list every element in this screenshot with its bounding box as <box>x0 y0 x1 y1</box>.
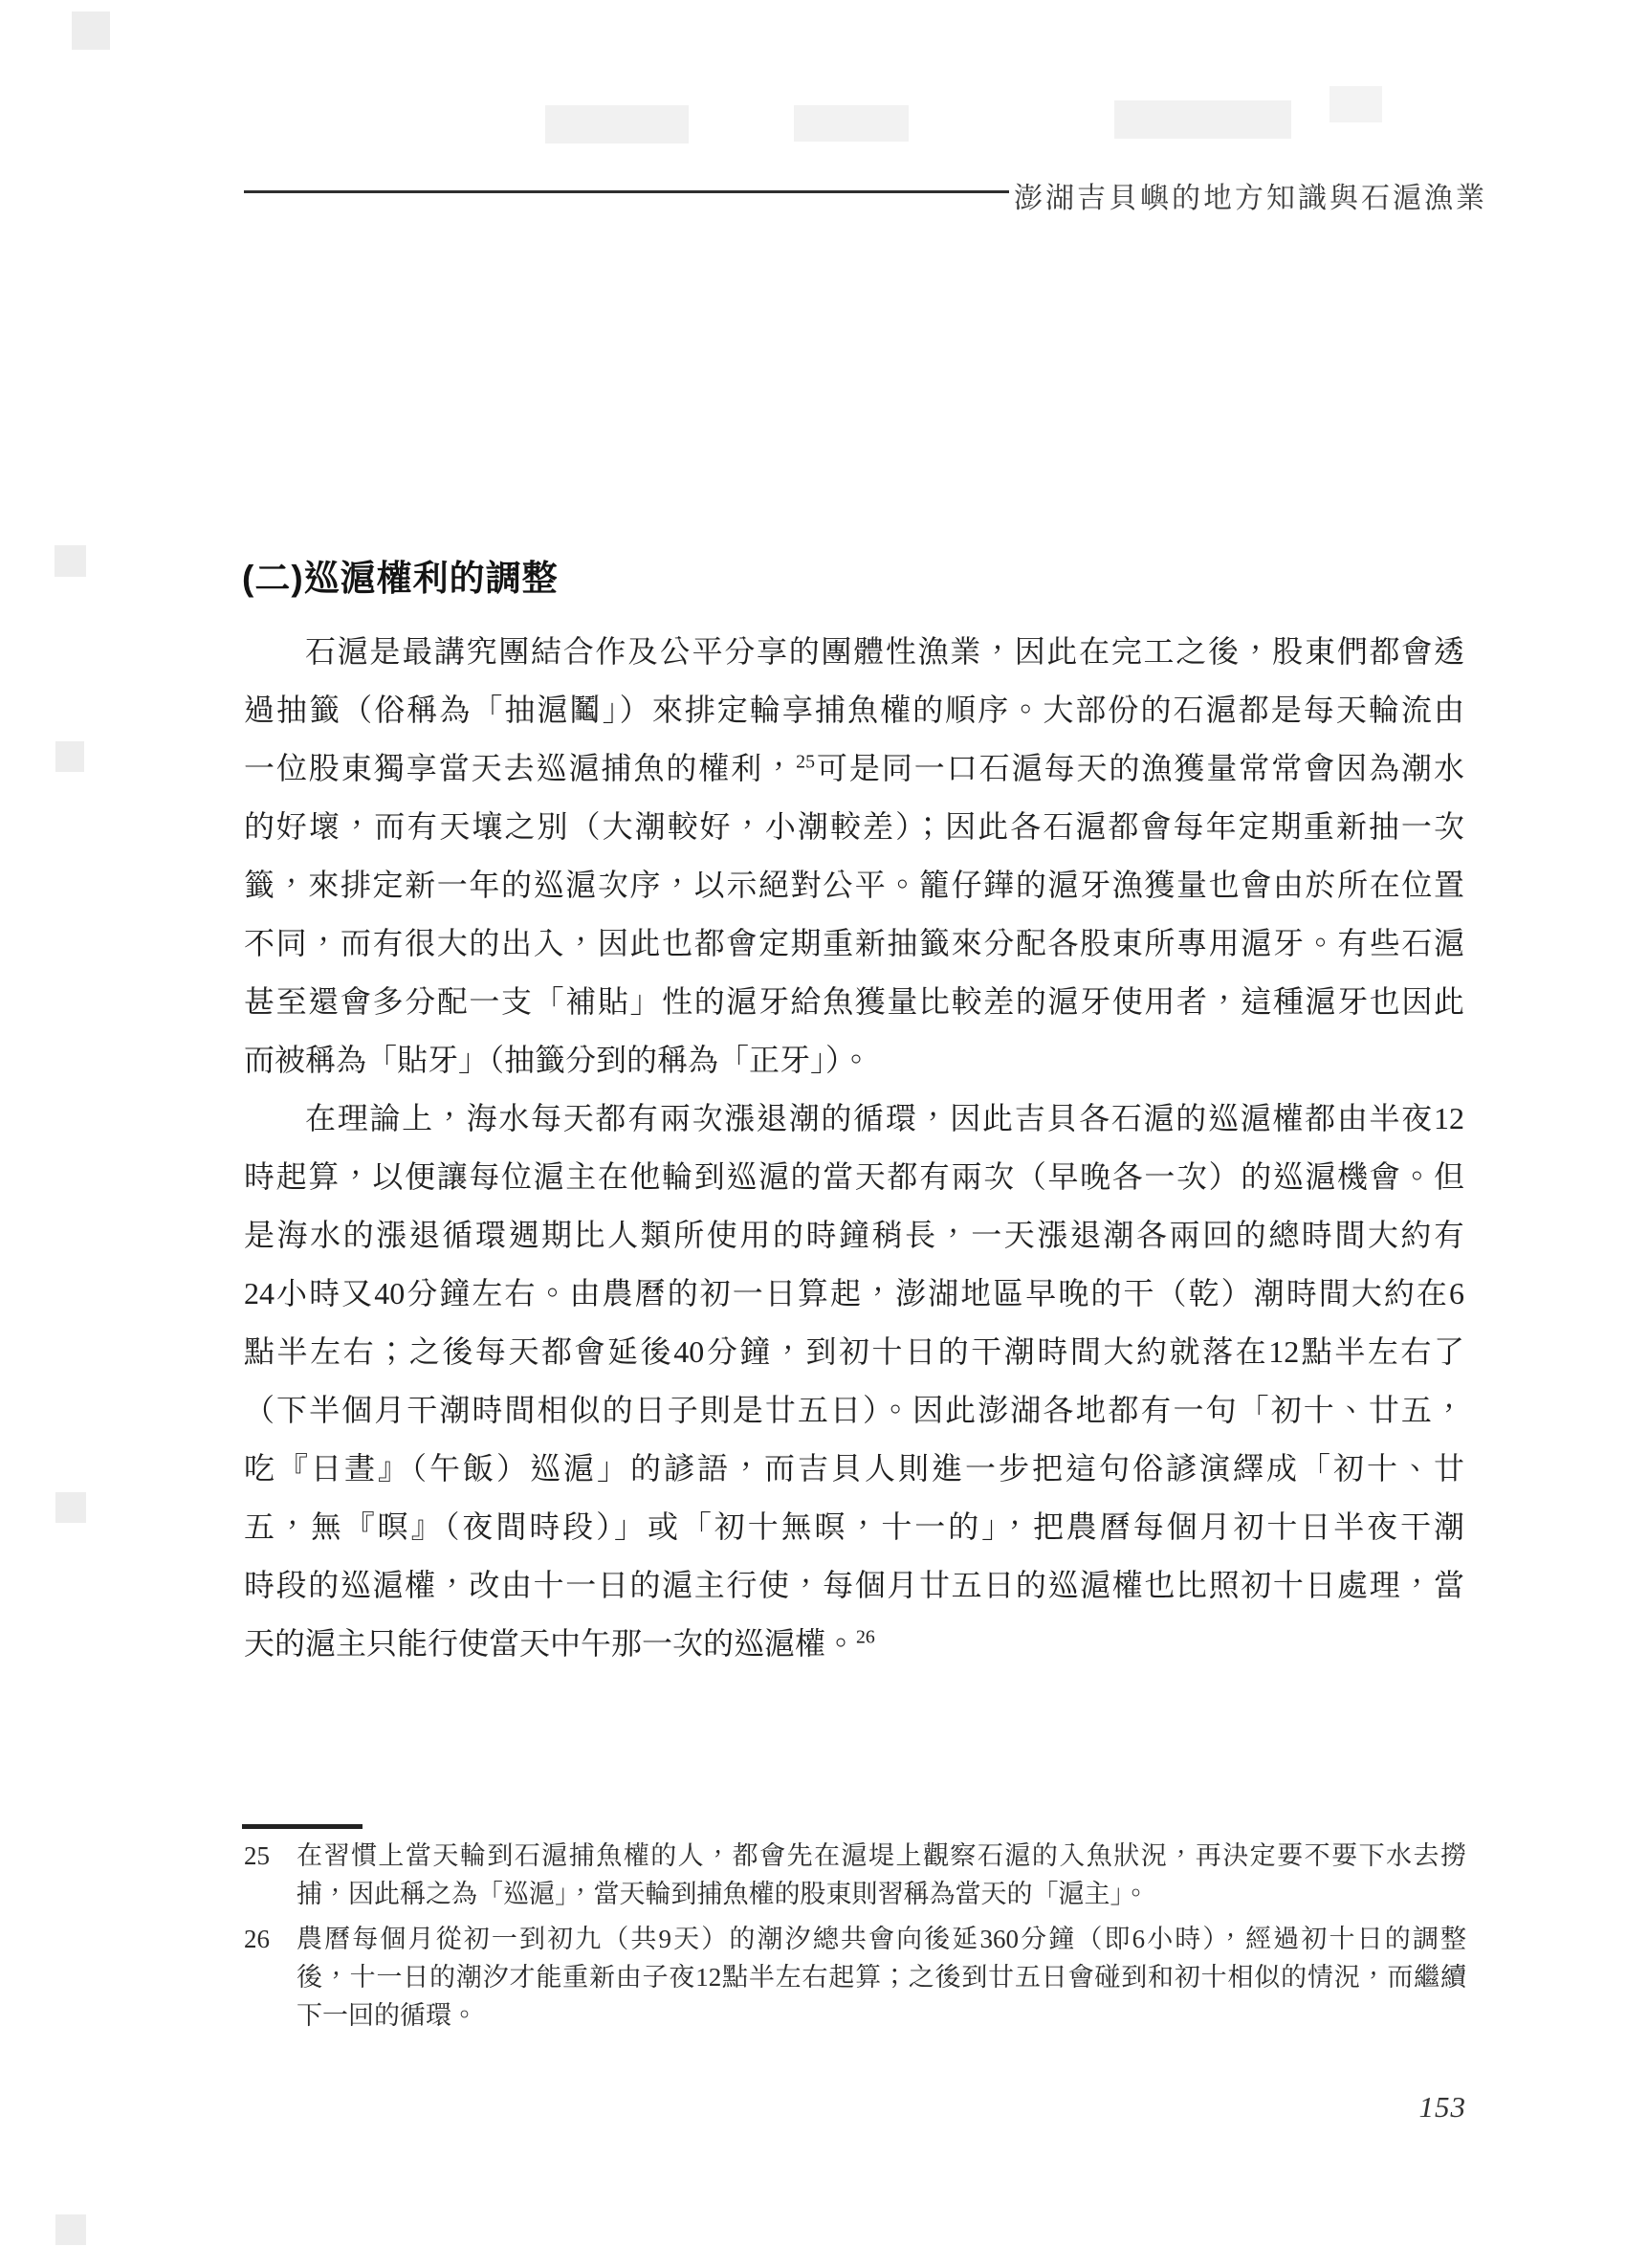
scan-artifact <box>72 11 110 50</box>
footnote-number: 25 <box>244 1837 270 1875</box>
body-line: 24小時又40分鐘左右。由農曆的初一日算起，澎湖地區早晚的干（乾）潮時間大約在6 <box>244 1265 1464 1323</box>
text-run: （下半個月干潮時間相似的日子則是廿五日）。因此澎湖各地都有一句「初十、廿五， <box>244 1393 1464 1427</box>
body-line: 不同，而有很大的出入，因此也都會定期重新抽籤來分配各股東所專用滬牙。有些石滬 <box>244 914 1464 973</box>
footnote-line: 後，十一日的潮汐才能重新由子夜12點半左右起算；之後到廿五日會碰到和初十相似的情… <box>297 1958 1466 1996</box>
page-number: 153 <box>1419 2090 1467 2125</box>
body-line: 而被稱為「貼牙」（抽籤分到的稱為「正牙」）。 <box>244 1031 1464 1090</box>
body-line: 時段的巡滬權，改由十一日的滬主行使，每個月廿五日的巡滬權也比照初十日處理，當 <box>244 1556 1464 1615</box>
running-title: 澎湖吉貝嶼的地方知識與石滬漁業 <box>1014 174 1454 216</box>
footnotes: 25在習慣上當天輪到石滬捕魚權的人，都會先在滬堤上觀察石滬的入魚狀況，再決定要不… <box>244 1837 1466 2041</box>
text-run: 不同，而有很大的出入，因此也都會定期重新抽籤來分配各股東所專用滬牙。有些石滬 <box>244 926 1464 960</box>
text-run: 24小時又40分鐘左右。由農曆的初一日算起，澎湖地區早晚的干（乾）潮時間大約在6 <box>244 1276 1464 1310</box>
footnote-25: 25在習慣上當天輪到石滬捕魚權的人，都會先在滬堤上觀察石滬的入魚狀況，再決定要不… <box>244 1837 1466 1913</box>
scan-artifact <box>1114 100 1291 139</box>
text-run: 天的滬主只能行使當天中午那一次的巡滬權。 <box>244 1626 856 1661</box>
scan-artifact <box>545 105 689 143</box>
body-line: 石滬是最講究團結合作及公平分享的團體性漁業，因此在完工之後，股東們都會透 <box>244 623 1464 681</box>
footnote-line: 捕，因此稱之為「巡滬」，當天輪到捕魚權的股東則習稱為當天的「滬主」。 <box>297 1875 1466 1913</box>
text-run: 的好壞，而有天壤之別（大潮較好，小潮較差）；因此各石滬都會每年定期重新抽一次 <box>244 809 1464 844</box>
body-text: 石滬是最講究團結合作及公平分享的團體性漁業，因此在完工之後，股東們都會透過抽籤（… <box>244 623 1464 1673</box>
text-run: 石滬是最講究團結合作及公平分享的團體性漁業，因此在完工之後，股東們都會透 <box>305 634 1464 669</box>
footnote-number: 26 <box>244 1920 270 1958</box>
text-run: 五，無『暝』（夜間時段）」或「初十無暝，十一的」，把農曆每個月初十日半夜干潮 <box>244 1509 1464 1544</box>
footnote-26: 26農曆每個月從初一到初九（共9天）的潮汐總共會向後延360分鐘（即6小時），經… <box>244 1920 1466 2035</box>
text-run: 而被稱為「貼牙」（抽籤分到的稱為「正牙」）。 <box>244 1043 871 1077</box>
text-run: 是海水的漲退循環週期比人類所使用的時鐘稍長，一天漲退潮各兩回的總時間大約有 <box>244 1218 1464 1252</box>
body-line: 一位股東獨享當天去巡滬捕魚的權利，25可是同一口石滬每天的漁獲量常常會因為潮水 <box>244 739 1464 798</box>
scan-artifact <box>1329 86 1382 122</box>
body-line: 是海水的漲退循環週期比人類所使用的時鐘稍長，一天漲退潮各兩回的總時間大約有 <box>244 1206 1464 1265</box>
body-line: （下半個月干潮時間相似的日子則是廿五日）。因此澎湖各地都有一句「初十、廿五， <box>244 1381 1464 1440</box>
body-line: 甚至還會多分配一支「補貼」性的滬牙給魚獲量比較差的滬牙使用者，這種滬牙也因此 <box>244 973 1464 1031</box>
text-run: 一位股東獨享當天去巡滬捕魚的權利， <box>244 751 796 785</box>
document-page: 澎湖吉貝嶼的地方知識與石滬漁業 (二)巡滬權利的調整 石滬是最講究團結合作及公平… <box>0 0 1626 2268</box>
footnote-line: 在習慣上當天輪到石滬捕魚權的人，都會先在滬堤上觀察石滬的入魚狀況，再決定要不要下… <box>297 1837 1466 1875</box>
footnote-ref: 25 <box>796 751 815 772</box>
body-line: 點半左右；之後每天都會延後40分鐘，到初十日的干潮時間大約就落在12點半左右了 <box>244 1323 1464 1381</box>
text-run: 甚至還會多分配一支「補貼」性的滬牙給魚獲量比較差的滬牙使用者，這種滬牙也因此 <box>244 984 1464 1019</box>
footnote-ref: 26 <box>856 1626 875 1647</box>
scan-artifact <box>55 741 84 772</box>
section-heading: (二)巡滬權利的調整 <box>242 549 559 601</box>
text-run: 時起算，以便讓每位滬主在他輪到巡滬的當天都有兩次（早晚各一次）的巡滬機會。但 <box>244 1159 1464 1194</box>
text-run: 可是同一口石滬每天的漁獲量常常會因為潮水 <box>815 751 1464 785</box>
text-run: 吃『日晝』（午飯）巡滬」的諺語，而吉貝人則進一步把這句俗諺演繹成「初十、廿 <box>244 1451 1464 1486</box>
text-run: 時段的巡滬權，改由十一日的滬主行使，每個月廿五日的巡滬權也比照初十日處理，當 <box>244 1568 1464 1602</box>
header-rule <box>244 190 1009 193</box>
footnote-separator <box>242 1824 363 1829</box>
text-run: 點半左右；之後每天都會延後40分鐘，到初十日的干潮時間大約就落在12點半左右了 <box>244 1334 1464 1369</box>
scan-artifact <box>55 2214 86 2245</box>
body-line: 天的滬主只能行使當天中午那一次的巡滬權。26 <box>244 1615 1464 1673</box>
footnote-line: 下一回的循環。 <box>297 1996 1466 2035</box>
scan-artifact <box>55 545 86 577</box>
footnote-line: 農曆每個月從初一到初九（共9天）的潮汐總共會向後延360分鐘（即6小時），經過初… <box>297 1920 1466 1958</box>
body-line: 吃『日晝』（午飯）巡滬」的諺語，而吉貝人則進一步把這句俗諺演繹成「初十、廿 <box>244 1440 1464 1498</box>
scan-artifact <box>794 105 909 142</box>
body-line: 的好壞，而有天壤之別（大潮較好，小潮較差）；因此各石滬都會每年定期重新抽一次 <box>244 798 1464 856</box>
body-line: 過抽籤（俗稱為「抽滬鬮」）來排定輪享捕魚權的順序。大部份的石滬都是每天輪流由 <box>244 681 1464 739</box>
body-line: 五，無『暝』（夜間時段）」或「初十無暝，十一的」，把農曆每個月初十日半夜干潮 <box>244 1498 1464 1556</box>
body-line: 在理論上，海水每天都有兩次漲退潮的循環，因此吉貝各石滬的巡滬權都由半夜12 <box>244 1090 1464 1148</box>
text-run: 在理論上，海水每天都有兩次漲退潮的循環，因此吉貝各石滬的巡滬權都由半夜12 <box>305 1101 1464 1135</box>
text-run: 籤，來排定新一年的巡滬次序，以示絕對公平。籠仔鏵的滬牙漁獲量也會由於所在位置 <box>244 868 1464 902</box>
body-line: 時起算，以便讓每位滬主在他輪到巡滬的當天都有兩次（早晚各一次）的巡滬機會。但 <box>244 1148 1464 1206</box>
text-run: 過抽籤（俗稱為「抽滬鬮」）來排定輪享捕魚權的順序。大部份的石滬都是每天輪流由 <box>244 693 1464 727</box>
scan-artifact <box>55 1492 86 1523</box>
body-line: 籤，來排定新一年的巡滬次序，以示絕對公平。籠仔鏵的滬牙漁獲量也會由於所在位置 <box>244 856 1464 914</box>
